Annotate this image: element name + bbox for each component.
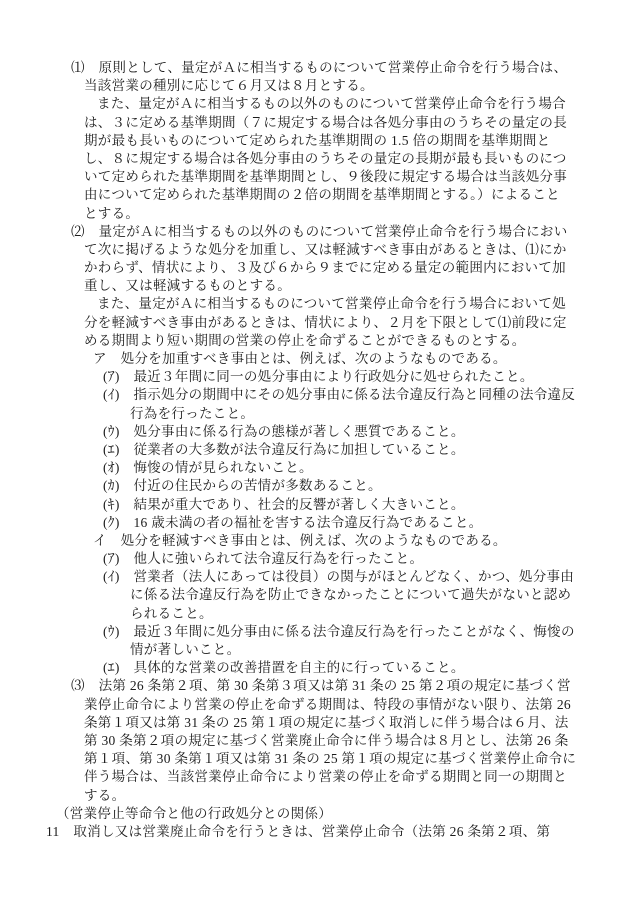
text-line: (ｱ) 他人に強いられて法令違反行為を行ったこと。 — [103, 550, 630, 568]
text-line: いて定められた基準期間を基準期間とし、９後段に規定する場合は当該処分事 — [84, 168, 630, 186]
text-line: し、８に規定する場合は各処分事由のうちその量定の長期が最も長いものにつ — [84, 150, 630, 168]
text-line: 第 30 条第２項の規定に基づく営業廃止命令に伴う場合は８月とし、法第 26 条 — [84, 732, 630, 750]
text-line: に係る法令違反行為を防止できなかったことについて過失がないと認め — [130, 586, 630, 604]
text-line: 条第１項又は第 31 条の 25 第１項の規定に基づく取消しに伴う場合は６月、法 — [84, 714, 630, 732]
text-line: (ｴ) 従業者の大多数が法令違反行為に加担していること。 — [103, 441, 630, 459]
text-line: 11 取消し又は営業廃止命令を行うときは、営業停止命令（法第 26 条第２項、第 — [46, 823, 630, 841]
text-line: また、量定がＡに相当するもの以外のものについて営業停止命令を行う場合 — [97, 95, 630, 113]
text-line: られること。 — [130, 605, 630, 623]
text-lines: ⑴ 原則として、量定がＡに相当するものについて営業停止命令を行う場合は、当該営業… — [0, 59, 630, 841]
text-line: (ｴ) 具体的な営業の改善措置を自主的に行っていること。 — [103, 659, 630, 677]
text-line: (ｲ) 指示処分の期間中にその処分事由に係る法令違反行為と同種の法令違反 — [103, 386, 630, 404]
text-line: ⑶ 法第 26 条第２項、第 30 条第３項又は第 31 条の 25 第２項の規… — [71, 677, 630, 695]
text-line: ア 処分を加重すべき事由とは、例えば、次のようなものである。 — [93, 350, 630, 368]
text-line: 重し、又は軽減するものとする。 — [84, 277, 630, 295]
text-line: める期間より短い期間の営業の停止を命ずることができるものとする。 — [84, 332, 630, 350]
text-line: (ｷ) 結果が重大であり、社会的反響が著しく大きいこと。 — [103, 496, 630, 514]
text-line: とする。 — [84, 205, 630, 223]
text-line: (ｱ) 最近３年間に同一の処分事由により行政処分に処せられたこと。 — [103, 368, 630, 386]
text-line: 第１項、第 30 条第１項又は第 31 条の 25 第１項の規定に基づく営業停止… — [84, 750, 630, 768]
text-line: また、量定がＡに相当するものについて営業停止命令を行う場合において処 — [97, 295, 630, 313]
text-line: かわらず、情状により、３及び６から９までに定める量定の範囲内において加 — [84, 259, 630, 277]
text-line: (ｵ) 悔悛の情が見られないこと。 — [103, 459, 630, 477]
text-line: (ｳ) 処分事由に係る行為の態様が著しく悪質であること。 — [103, 423, 630, 441]
text-line: (ｳ) 最近３年間に処分事由に係る法令違反行為を行ったことがなく、悔悛の — [103, 623, 630, 641]
text-line: 情が著しいこと。 — [130, 641, 630, 659]
text-line: ⑴ 原則として、量定がＡに相当するものについて営業停止命令を行う場合は、 — [71, 59, 630, 77]
text-line: (ｲ) 営業者（法人にあっては役員）の関与がほとんどなく、かつ、処分事由 — [103, 568, 630, 586]
text-line: 伴う場合は、当該営業停止命令により営業の停止を命ずる期間と同一の期間と — [84, 768, 630, 786]
text-line: て次に掲げるような処分を加重し、又は軽減すべき事由があるときは、⑴にか — [84, 241, 630, 259]
text-line: （営業停止等命令と他の行政処分との関係） — [56, 805, 630, 823]
text-line: 行為を行ったこと。 — [130, 405, 630, 423]
text-line: 当該営業の種別に応じて６月又は８月とする。 — [84, 77, 630, 95]
text-line: イ 処分を軽減すべき事由とは、例えば、次のようなものである。 — [93, 532, 630, 550]
document-page: ⑴ 原則として、量定がＡに相当するものについて営業停止命令を行う場合は、当該営業… — [0, 0, 630, 903]
text-line: ⑵ 量定がＡに相当するもの以外のものについて営業停止命令を行う場合におい — [71, 223, 630, 241]
text-line: (ｸ) 16 歳未満の者の福祉を害する法令違反行為であること。 — [103, 514, 630, 532]
text-line: 分を軽減すべき事由があるときは、情状により、２月を下限として⑴前段に定 — [84, 314, 630, 332]
text-line: 期が最も長いものについて定められた基準期間の 1.5 倍の期間を基準期間と — [84, 132, 630, 150]
text-line: する。 — [84, 787, 630, 805]
text-line: 業停止命令により営業の停止を命ずる期間は、特段の事情がない限り、法第 26 — [84, 696, 630, 714]
text-line: 由について定められた基準期間の２倍の期間を基準期間とする。）によること — [84, 186, 630, 204]
text-line: は、３に定める基準期間（７に規定する場合は各処分事由のうちその量定の長 — [84, 114, 630, 132]
text-line: (ｶ) 付近の住民からの苦情が多数あること。 — [103, 477, 630, 495]
